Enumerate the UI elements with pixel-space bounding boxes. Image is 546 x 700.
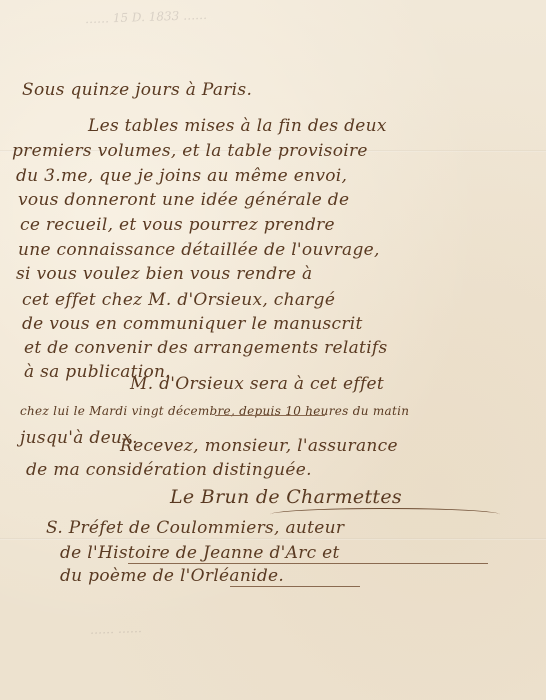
letter-line-5: vous donneront une idée générale de [18, 190, 349, 210]
letter-line-4: du 3.me, que je joins au même envoi, [16, 166, 347, 186]
letter-line-3: premiers volumes, et la table provisoire [12, 141, 368, 161]
letter-page: …… 15 D. 1833 …… …… …… Sous quinze jours… [0, 0, 546, 700]
letter-line-1: Sous quinze jours à Paris. [22, 80, 252, 100]
letter-line-21: du poème de l'Orléanide. [60, 566, 284, 586]
closing-dash [215, 415, 325, 416]
letter-line-20: de l'Histoire de Jeanne d'Arc et [60, 543, 340, 563]
bleed-through-text: …… 15 D. 1833 …… [85, 8, 207, 26]
letter-line-13: M. d'Orsieux sera à cet effet [130, 374, 384, 394]
letter-line-7: une connaissance détaillée de l'ouvrage, [18, 240, 380, 260]
letter-line-9: cet effet chez M. d'Orsieux, chargé [22, 290, 335, 310]
letter-line-16: Recevez, monsieur, l'assurance [120, 436, 398, 456]
letter-line-8: si vous voulez bien vous rendre à [16, 264, 312, 284]
letter-line-6: ce recueil, et vous pourrez prendre [20, 215, 335, 235]
letter-line-2: Les tables mises à la fin des deux [88, 116, 387, 136]
letter-line-10: de vous en communiquer le manuscrit [22, 314, 363, 334]
title-underline [128, 563, 488, 564]
paper-fold-line [0, 538, 546, 540]
letter-line-19: S. Préfet de Coulommiers, auteur [46, 518, 344, 538]
letter-line-17: de ma considération distinguée. [26, 460, 312, 480]
signature: Le Brun de Charmettes [170, 486, 402, 508]
title-underline [230, 586, 360, 587]
bleed-through-text: …… …… [90, 621, 142, 637]
letter-line-11: et de convenir des arrangements relatifs [24, 338, 388, 358]
